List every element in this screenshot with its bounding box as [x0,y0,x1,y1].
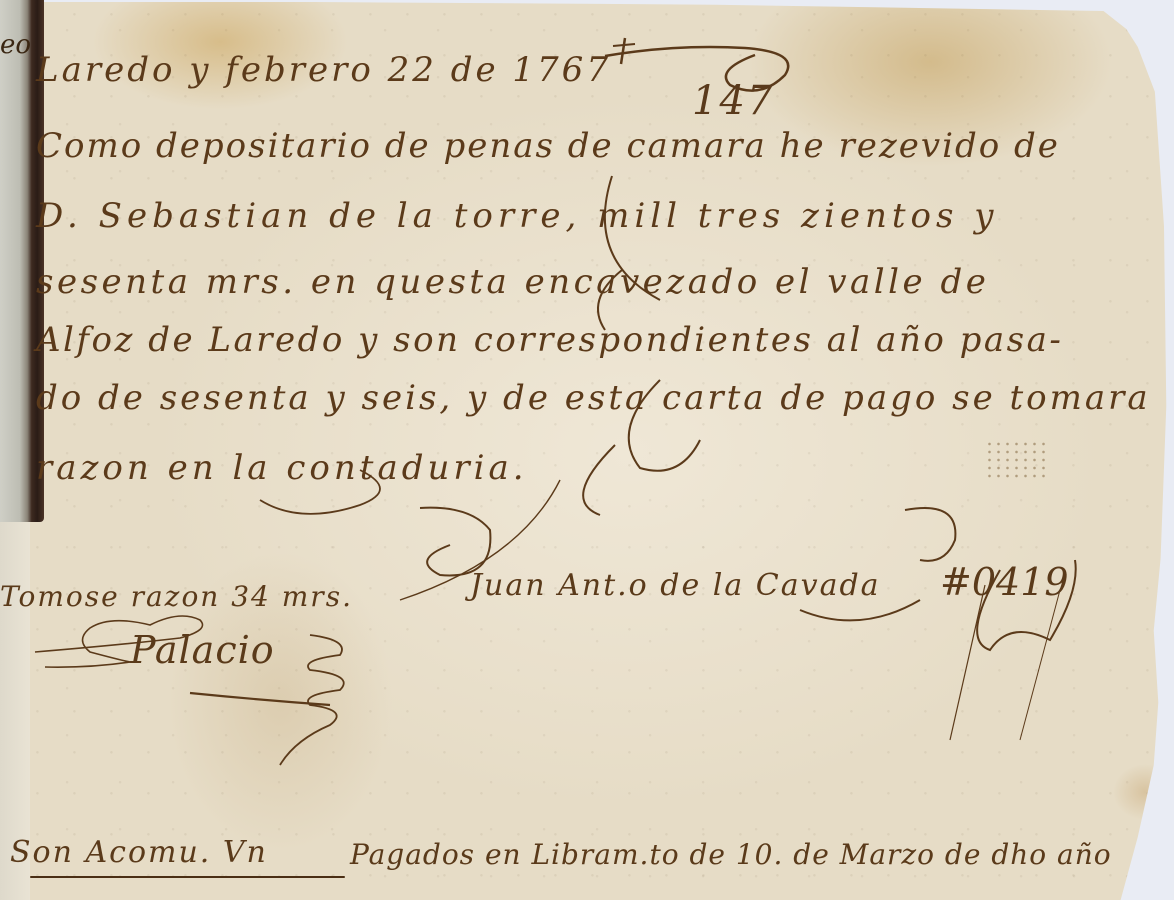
signature-juan-antonio: Juan Ant.o de la Cavada [470,568,881,603]
footer-left-text: Son Acomu. Vn [10,835,268,870]
body-line-6: razon en la contaduria. [36,448,528,488]
ink-speckles [985,440,1045,480]
signature-palacio: Palacio [130,628,275,672]
margin-text-fragment: eo [0,30,31,60]
body-line-3: sesenta mrs. en questa encavezado el val… [36,262,989,302]
folio-number: 147 [692,78,774,124]
signature-rubric: #0419 [940,560,1069,604]
note-tomose-razon: Tomose razon 34 mrs. [0,580,353,613]
scanned-manuscript: eo 147 Laredo y febrero 22 de 1767 Como … [0,0,1174,900]
body-line-4: Alfoz de Laredo y son correspondientes a… [36,320,1063,360]
body-line-5: do de sesenta y seis, y de esta carta de… [36,378,1151,418]
body-line-2: D. Sebastian de la torre, mill tres zien… [36,196,998,236]
footer-right-text: Pagados en Libram.to de 10. de Marzo de … [350,838,1112,871]
body-line-1: Como depositario de penas de camara he r… [36,126,1060,166]
footer-underline [30,876,345,878]
date-line: Laredo y febrero 22 de 1767 [36,50,611,90]
